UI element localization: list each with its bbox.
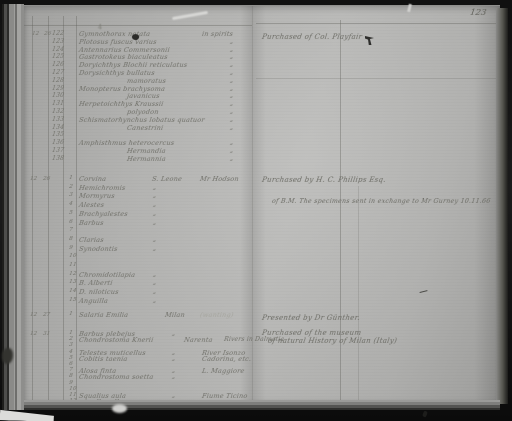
cell-rno: 1 xyxy=(69,176,74,182)
cell-name: Mormyrus xyxy=(78,193,115,200)
ledger-row: 14D. niloticus„ xyxy=(24,289,500,297)
ledger-photo: 123 4 Purchased of Col. Playfair Purchas… xyxy=(0,0,512,421)
entry-block-4: 1Barbus plebejus„2Chondrostoma KneriiNar… xyxy=(24,331,500,407)
cell-rno: 14 xyxy=(69,289,77,295)
cell-dnote: „ xyxy=(230,78,234,84)
ledger-row: 8Clarias„ xyxy=(24,237,500,245)
cell-dloc: „ xyxy=(153,202,157,208)
cell-name2: Hermannia xyxy=(126,156,166,163)
cell-name: D. niloticus xyxy=(78,289,119,296)
cell-name: Salaria Emilia xyxy=(78,312,128,319)
cell-dloc: „ xyxy=(153,211,157,217)
cell-name: Gymnothorax notata xyxy=(78,31,150,38)
ledger-row: 5Brachyalestes„ xyxy=(24,211,500,219)
cell-loc: S. Leone xyxy=(151,176,182,183)
cell-d4: „ xyxy=(172,331,176,337)
cell-rno: 9 xyxy=(69,246,74,252)
cell-no: 122 xyxy=(52,31,65,37)
cell-name: Synodontis xyxy=(78,246,118,253)
cell-dloc: „ xyxy=(153,185,157,191)
book-bottom-page-edges xyxy=(24,400,500,410)
cell-name: Schismatorhynchus lobatus quatuor xyxy=(78,117,205,124)
cell-d4: „ xyxy=(172,356,176,362)
cell-no: 131 xyxy=(52,101,65,107)
cell-rno: 12 xyxy=(69,272,77,278)
cell-rno: 3 xyxy=(69,193,74,199)
ledger-row: 9Synodontis„ xyxy=(24,246,500,254)
cell-dnote: „ xyxy=(230,39,234,45)
cell-dloc: „ xyxy=(153,246,157,252)
cell-name: B. Alberti xyxy=(78,280,113,287)
ledger-spread: 123 4 Purchased of Col. Playfair Purchas… xyxy=(24,5,500,406)
ledger-row: 136Amphisthmus heterocercus„ xyxy=(24,140,500,148)
cell-name2: javanicus xyxy=(126,93,160,100)
book-right-page-edges xyxy=(496,8,508,404)
cell-no: 136 xyxy=(52,140,65,146)
cell-no: 134 xyxy=(52,125,65,131)
cell-dnote: „ xyxy=(230,86,234,92)
cell-dloc: „ xyxy=(153,193,157,199)
cell-dloc: „ xyxy=(153,237,157,243)
cell-name2: polyodon xyxy=(126,109,159,116)
cell-no: 125 xyxy=(52,54,65,60)
page-number: 123 xyxy=(469,8,487,18)
cell-name: Plotosus fuscus varius xyxy=(78,39,157,46)
cell-no: 130 xyxy=(52,93,65,99)
ledger-row: 10 xyxy=(24,254,500,262)
cell-dloc: „ xyxy=(153,272,157,278)
cell-dnote: „ xyxy=(230,62,234,68)
cell-no: 138 xyxy=(52,156,65,162)
cell-no: 135 xyxy=(52,132,65,138)
cell-name2: Hermandia xyxy=(126,148,166,155)
ledger-row: 138Hermannia„ xyxy=(24,156,500,164)
ledger-row: 129Monopterus brachysoma„ xyxy=(24,86,500,94)
cell-rno: 8 xyxy=(69,237,74,243)
ledger-row: 11 xyxy=(24,263,500,271)
entry-block-3: 1Salaria EmiliaMilan(wanting) xyxy=(24,312,500,322)
ledger-row: 1Salaria EmiliaMilan(wanting) xyxy=(24,312,500,320)
cell-dnote: „ xyxy=(230,47,234,53)
cell-no: 124 xyxy=(52,47,65,53)
cell-no: 128 xyxy=(52,78,65,84)
cell-rno: 15 xyxy=(69,298,77,304)
background-white-spot xyxy=(112,404,127,413)
binding-thread xyxy=(407,4,412,12)
cell-dnote: „ xyxy=(230,156,234,162)
cell-dnote: „ xyxy=(230,140,234,146)
cell-no: 126 xyxy=(52,62,65,68)
cell-dnote: „ xyxy=(230,109,234,115)
cell-d4: „ xyxy=(172,374,176,380)
cell-no: 123 xyxy=(52,39,65,45)
cell-dnote: „ xyxy=(230,101,234,107)
cell-note: in spirits xyxy=(201,31,233,38)
ledger-row: 137Hermandia„ xyxy=(24,148,500,156)
cell-rno: 2 xyxy=(69,185,74,191)
ledger-row: 131Herpetoichthys Kraussii„ xyxy=(24,101,500,109)
right-page-top-rule xyxy=(256,23,500,24)
cell-dloc: „ xyxy=(153,280,157,286)
cell-name: Gastrotokeus biaculeatus xyxy=(78,54,168,61)
cell-dnote: „ xyxy=(230,148,234,154)
cell-rno: 4 xyxy=(69,202,74,208)
cell-dnote: „ xyxy=(230,117,234,123)
cell-loc3: Milan xyxy=(164,312,185,319)
cell-dnote: „ xyxy=(230,54,234,60)
ledger-row: 6Barbus„ xyxy=(24,220,500,228)
cell-no: 137 xyxy=(52,148,65,154)
cell-name: Chromidotilapia xyxy=(78,272,135,279)
cell-dloc: „ xyxy=(153,289,157,295)
ledger-row: 15Anguilla„ xyxy=(24,298,500,306)
entry-block-2: 1CorvinaS. LeoneMr Hodson2Hemichromis„3M… xyxy=(24,176,500,308)
cell-name: Brachyalestes xyxy=(78,211,128,218)
cell-name2: Canestrini xyxy=(126,125,163,132)
cell-note4: Rivers in Dalmatia xyxy=(224,337,285,343)
ledger-row: 4Alestes„ xyxy=(24,202,500,210)
ledger-row: 134Canestrini„ xyxy=(24,125,500,133)
cell-rno: 1 xyxy=(69,312,74,318)
cell-no: 133 xyxy=(52,117,65,123)
cell-name: Clarias xyxy=(78,237,104,244)
cell-name: Doryichthys Blochii reticulatus xyxy=(78,62,187,69)
cell-name: Dorysichthys bullatus xyxy=(78,70,155,77)
entry-block-1: 122Gymnothorax notatain spirits123Plotos… xyxy=(24,31,500,165)
cell-dnote: „ xyxy=(230,125,234,131)
cell-rno: 11 xyxy=(69,263,77,269)
cell-col: Mr Hodson xyxy=(199,176,239,183)
cell-dloc: „ xyxy=(153,298,157,304)
cell-no: 132 xyxy=(52,109,65,115)
dark-speck xyxy=(422,410,428,417)
left-page-top-rule xyxy=(24,25,252,26)
cell-rno: 6 xyxy=(69,220,74,226)
cell-no: 127 xyxy=(52,70,65,76)
cell-name2: mamoratus xyxy=(126,78,166,85)
cell-pencil: (wanting) xyxy=(199,312,234,319)
cell-d4: „ xyxy=(172,393,176,399)
cell-name: Hemichromis xyxy=(78,185,125,192)
ledger-row: 127Dorysichthys bullatus„ xyxy=(24,70,500,78)
cell-no: 129 xyxy=(52,86,65,92)
cell-name: Corvina xyxy=(78,176,106,183)
cell-rno: 7 xyxy=(69,228,74,234)
ledger-row: 1CorvinaS. LeoneMr Hodson xyxy=(24,176,500,184)
ledger-row: 133Schismatorhynchus lobatus quatuor„ xyxy=(24,117,500,125)
cell-name: Herpetoichthys Kraussii xyxy=(78,101,163,108)
photo-scratch xyxy=(172,11,208,20)
cell-name: Barbus xyxy=(78,220,104,227)
cell-rno: 10 xyxy=(69,254,77,260)
cell-dnote: „ xyxy=(230,93,234,99)
cell-dnote: „ xyxy=(230,70,234,76)
cell-name: Alestes xyxy=(78,202,104,209)
cell-name: Anguilla xyxy=(78,298,108,305)
ledger-row: 7 xyxy=(24,228,500,236)
cell-rno: 5 xyxy=(69,211,74,217)
cell-rno: 13 xyxy=(69,280,77,286)
cell-name: Amphisthmus heterocercus xyxy=(78,140,174,147)
cell-dloc: „ xyxy=(153,220,157,226)
